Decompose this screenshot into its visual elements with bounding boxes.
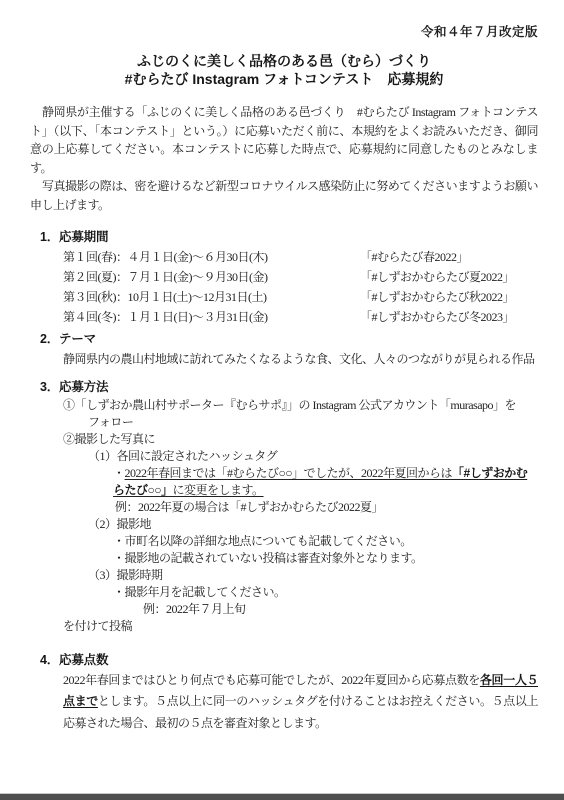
date-bullet-1-text: 撮影年月を記載してください。	[125, 585, 286, 599]
hashtag-example: 例：2022年夏の場合は「#しずおかむらたび2022夏」	[115, 499, 538, 516]
hashtag-change-note: ・2022年春回までは「#むらたび○○」でしたが、2022年夏回からは「#しずお…	[113, 465, 538, 499]
schedule-row: 第３回(秋)：10月１日(土)～12月31日(土) 「#しずおかむらたび秋202…	[63, 287, 538, 307]
section-heading-entry-period: 1．応募期間	[30, 228, 538, 247]
section-heading-theme: 2．テーマ	[30, 330, 538, 349]
schedule-period: 第４回(冬)：１月１日(日)～３月31日(金)	[63, 307, 360, 327]
apply-item-hashtag-label: （1）各回に設定されたハッシュタグ	[88, 448, 538, 465]
intro-section: 静岡県が主催する「ふじのくに美しく品格のある邑づくり #むらたび Instagr…	[30, 103, 538, 215]
schedule-row: 第２回(夏)：７月１日(金)～９月30日(金) 「#しずおかむらたび夏2022」	[63, 267, 538, 287]
section-entry-period: 1．応募期間 第１回(春)：４月１日(金)～６月30日(木) 「#むらたび春20…	[30, 228, 538, 328]
location-bullet-2: ・撮影地の記載されていない投稿は審査対象外となります。	[113, 550, 538, 567]
apply-item-location-label: （2）撮影地	[88, 516, 538, 533]
bullet-mark: ・	[113, 466, 125, 480]
intro-paragraph-1: 静岡県が主催する「ふじのくに美しく品格のある邑づくり #むらたび Instagr…	[30, 103, 538, 177]
bullet-mark: ・	[113, 585, 125, 599]
schedule-hashtag: 「#むらたび春2022」	[360, 247, 468, 267]
section-theme: 2．テーマ 静岡県内の農山村地域に訪れてみたくなるような食、文化、人々のつながり…	[30, 330, 538, 369]
schedule-hashtag: 「#しずおかむらたび秋2022」	[360, 287, 514, 307]
schedule-hashtag: 「#しずおかむらたび夏2022」	[360, 267, 514, 287]
entry-limit-pre: 2022年春回まではひとり何点でも応募可能でしたが、2022年夏回から応募点数を	[63, 673, 480, 687]
intro-paragraph-2: 写真撮影の際は、密を避けるなど新型コロナウイルス感染防止に努めてくださいますよう…	[30, 177, 538, 214]
schedule-row: 第４回(冬)：１月１日(日)～３月31日(金) 「#しずおかむらたび冬2023」	[63, 307, 538, 327]
entry-limit-paragraph: 2022年春回まではひとり何点でも応募可能でしたが、2022年夏回から応募点数を…	[63, 670, 538, 735]
title-line-1: ふじのくに美しく品格のある邑（むら）づくり	[30, 53, 538, 71]
hashtag-change-note-pre: 2022年春回までは「#むらたび○○」でしたが、2022年夏回からは	[125, 466, 453, 480]
date-bullet-1: ・撮影年月を記載してください。	[113, 584, 538, 601]
document-page: 令和４年７月改定版 ふじのくに美しく品格のある邑（むら）づくり #むらたび In…	[0, 0, 564, 734]
section-heading-entry-limit: 4．応募点数	[30, 651, 538, 670]
date-example: 例：2022年７月上旬	[143, 601, 538, 618]
section-entry-limit: 4．応募点数 2022年春回まではひとり何点でも応募可能でしたが、2022年夏回…	[30, 651, 538, 735]
entry-limit-post: とします。５点以上に同一のハッシュタグを付けることはお控えください。５点以上応募…	[63, 694, 538, 730]
page-bottom-edge	[0, 793, 564, 800]
apply-step-2: ②撮影した写真に	[63, 431, 538, 448]
schedule-period: 第１回(春)：４月１日(金)～６月30日(木)	[63, 247, 360, 267]
apply-step-1-continuation: フォロー	[88, 414, 538, 431]
document-title: ふじのくに美しく品格のある邑（むら）づくり #むらたび Instagram フォ…	[30, 53, 538, 88]
schedule-hashtag: 「#しずおかむらたび冬2023」	[360, 307, 514, 327]
theme-description: 静岡県内の農山村地域に訪れてみたくなるような食、文化、人々のつながりが見られる作…	[63, 349, 538, 369]
location-bullet-2-text: 撮影地の記載されていない投稿は審査対象外となります。	[125, 551, 423, 565]
title-line-2: #むらたび Instagram フォトコンテスト 応募規約	[30, 71, 538, 89]
location-bullet-1: ・市町名以降の詳細な地点についても記載してください。	[113, 533, 538, 550]
apply-closing-line: を付けて投稿	[63, 618, 538, 635]
apply-item-date-label: （3）撮影時期	[88, 567, 538, 584]
location-bullet-1-text: 市町名以降の詳細な地点についても記載してください。	[125, 534, 412, 548]
schedule-period: 第３回(秋)：10月１日(土)～12月31日(土)	[63, 287, 360, 307]
section-how-to-apply: 3．応募方法 ①「しずおか農山村サポーター『むらサポ』」の Instagram …	[30, 378, 538, 635]
bullet-mark: ・	[113, 534, 125, 548]
hashtag-change-note-post: に変更をします。	[173, 483, 264, 497]
entry-period-schedule: 第１回(春)：４月１日(金)～６月30日(木) 「#むらたび春2022」 第２回…	[30, 247, 538, 328]
schedule-row: 第１回(春)：４月１日(金)～６月30日(木) 「#むらたび春2022」	[63, 247, 538, 267]
section-heading-how-to-apply: 3．応募方法	[30, 378, 538, 397]
revision-label: 令和４年７月改定版	[30, 24, 538, 40]
apply-step-1: ①「しずおか農山村サポーター『むらサポ』」の Instagram 公式アカウント…	[63, 397, 538, 414]
bullet-mark: ・	[113, 551, 125, 565]
schedule-period: 第２回(夏)：７月１日(金)～９月30日(金)	[63, 267, 360, 287]
